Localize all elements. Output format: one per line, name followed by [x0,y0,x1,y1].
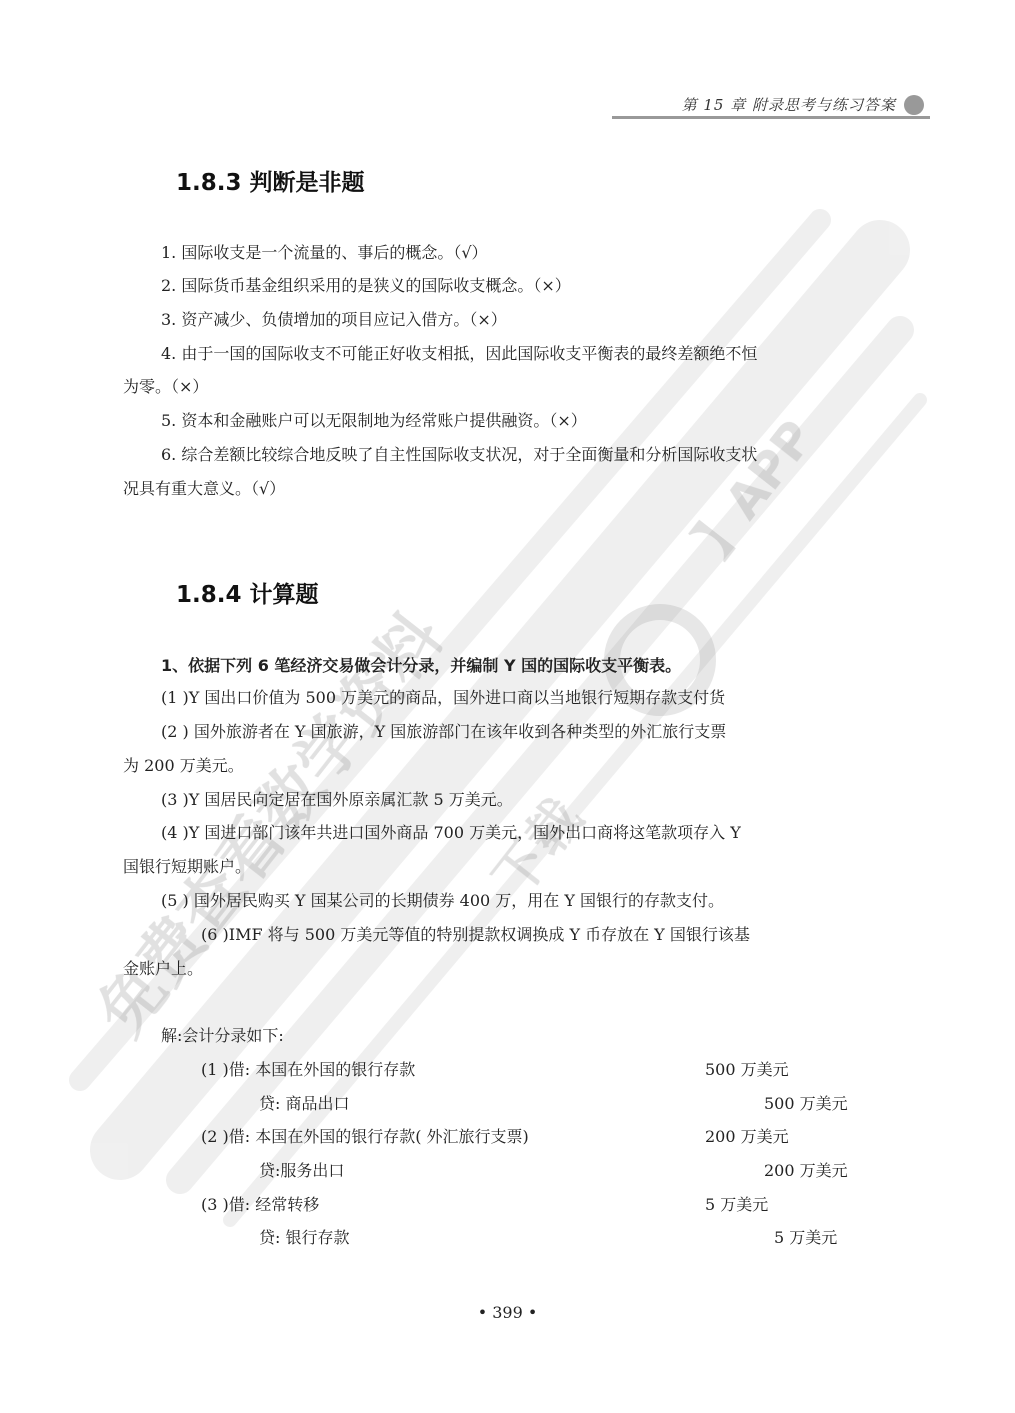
transaction-4-cont: 国银行短期账户。 [123,856,251,878]
entry-1-credit: 贷: 商品出口 [259,1093,349,1115]
entry-2-credit: 贷:服务出口 [259,1160,344,1182]
judgment-item-4: 4. 由于一国的国际收支不可能正好收支相抵，因此国际收支平衡表的最终差额绝不恒 [161,343,757,365]
judgment-item-4-cont: 为零。（×） [123,376,208,398]
header-rule [612,116,930,119]
entry-1-debit: (1 )借: 本国在外国的银行存款 [201,1059,415,1081]
entry-2-credit-amount: 200 万美元 [764,1160,848,1182]
solution-intro: 解:会计分录如下: [161,1025,284,1047]
judgment-item-5: 5. 资本和金融账户可以无限制地为经常账户提供融资。（×） [161,410,587,432]
running-header: 第 15 章 附录思考与练习答案 [612,94,930,120]
page-number: • 399 • [0,1303,1015,1322]
transaction-6-cont: 金账户上。 [123,958,203,980]
calculation-question: 1、依据下列 6 笔经济交易做会计分录，并编制 Y 国的国际收支平衡表。 [161,655,681,677]
judgment-item-2: 2. 国际货币基金组织采用的是狭义的国际收支概念。（×） [161,275,571,297]
entry-3-credit-amount: 5 万美元 [774,1227,837,1249]
entry-2-debit: (2 )借: 本国在外国的银行存款( 外汇旅行支票) [201,1126,529,1148]
section-title-judgment: 1.8.3 判断是非题 [176,164,365,197]
entry-2-debit-amount: 200 万美元 [705,1126,789,1148]
transaction-4: (4 )Y 国进口部门该年共进口国外商品 700 万美元，国外出口商将这笔款项存… [161,822,741,844]
judgment-item-6: 6. 综合差额比较综合地反映了自主性国际收支状况，对于全面衡量和分析国际收支状 [161,444,757,466]
judgment-item-1: 1. 国际收支是一个流量的、事后的概念。（√） [161,242,488,264]
transaction-1: (1 )Y 国出口价值为 500 万美元的商品，国外进口商以当地银行短期存款支付… [161,687,725,709]
running-title: 第 15 章 附录思考与练习答案 [682,94,896,115]
entry-1-credit-amount: 500 万美元 [764,1093,848,1115]
judgment-item-3: 3. 资产减少、负债增加的项目应记入借方。（×） [161,309,507,331]
judgment-item-6-cont: 况具有重大意义。（√） [123,478,285,500]
header-circle-icon [904,95,924,115]
svg-text:】APP: 】APP [685,410,825,567]
transaction-3: (3 )Y 国居民向定居在国外原亲属汇款 5 万美元。 [161,789,513,811]
section-title-calculation: 1.8.4 计算题 [176,576,319,609]
transaction-6: (6 )IMF 将与 500 万美元等值的特别提款权调换成 Y 币存放在 Y 国… [201,924,750,946]
entry-3-debit: (3 )借: 经常转移 [201,1194,319,1216]
entry-1-debit-amount: 500 万美元 [705,1059,789,1081]
transaction-2-cont: 为 200 万美元。 [123,755,244,777]
transaction-2: (2 ) 国外旅游者在 Y 国旅游，Y 国旅游部门在该年收到各种类型的外汇旅行支… [161,721,726,743]
transaction-5: (5 ) 国外居民购买 Y 国某公司的长期债券 400 万，用在 Y 国银行的存… [161,890,724,912]
entry-3-credit: 贷: 银行存款 [259,1227,349,1249]
entry-3-debit-amount: 5 万美元 [705,1194,768,1216]
